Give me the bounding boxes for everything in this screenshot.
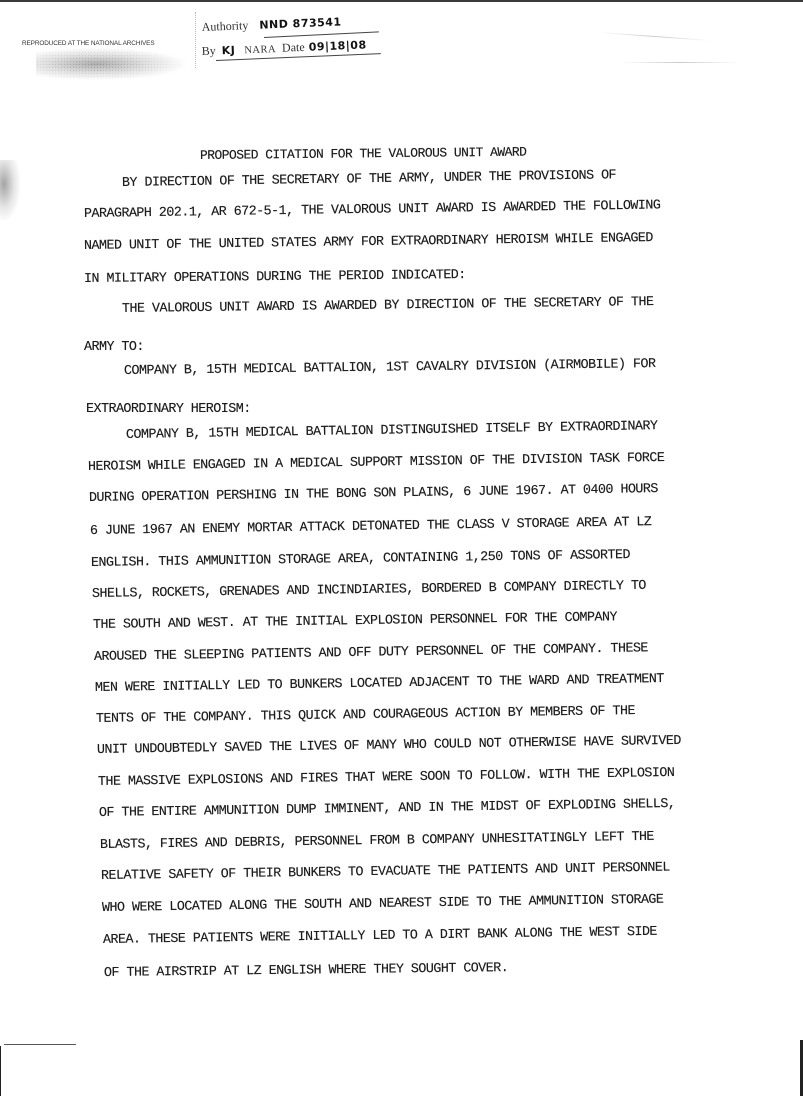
text-line: OF THE AIRSTRIP AT LZ ENGLISH WHERE THEY… [104, 961, 508, 981]
text-line: COMPANY B, 15TH MEDICAL BATTALION DISTIN… [126, 419, 658, 443]
scan-edge [0, 1046, 1, 1096]
text-line: THE SOUTH AND WEST. AT THE INITIAL EXPLO… [93, 610, 617, 633]
text-line: MEN WERE INITIALLY LED TO BUNKERS LOCATE… [95, 672, 664, 696]
text-line: AREA. THESE PATIENTS WERE INITIALLY LED … [103, 925, 657, 948]
text-line: DURING OPERATION PERSHING IN THE BONG SO… [89, 482, 658, 506]
text-line: THE VALOROUS UNIT AWARD IS AWARDED BY DI… [122, 295, 654, 317]
text-line: BY DIRECTION OF THE SECRETARY OF THE ARM… [122, 168, 616, 191]
document-body: PROPOSED CITATION FOR THE VALOROUS UNIT … [0, 0, 803, 1096]
scan-artifact [4, 1044, 76, 1045]
text-line: SHELLS, ROCKETS, GRENADES AND INCINDIARI… [92, 579, 646, 602]
text-line: BLASTS, FIRES AND DEBRIS, PERSONNEL FROM… [100, 830, 654, 853]
text-line: RELATIVE SAFETY OF THEIR BUNKERS TO EVAC… [101, 861, 670, 884]
text-line: EXTRAORDINARY HEROISM: [86, 402, 251, 417]
text-line: TENTS OF THE COMPANY. THIS QUICK AND COU… [96, 704, 635, 727]
text-line: ENGLISH. THIS AMMUNITION STORAGE AREA, C… [91, 548, 630, 571]
text-line: WHO WERE LOCATED ALONG THE SOUTH AND NEA… [102, 893, 664, 916]
text-line: IN MILITARY OPERATIONS DURING THE PERIOD… [84, 268, 466, 287]
text-line: THE MASSIVE EXPLOSIONS AND FIRES THAT WE… [98, 766, 675, 790]
text-line: COMPANY B, 15TH MEDICAL BATTALION, 1ST C… [124, 357, 656, 379]
text-line: UNIT UNDOUBTEDLY SAVED THE LIVES OF MANY… [97, 734, 681, 758]
document-title: PROPOSED CITATION FOR THE VALOROUS UNIT … [200, 145, 526, 163]
text-line: NAMED UNIT OF THE UNITED STATES ARMY FOR… [84, 231, 653, 254]
text-line: PARAGRAPH 202.1, AR 672-5-1, THE VALOROU… [84, 198, 661, 222]
text-line: HEROISM WHILE ENGAGED IN A MEDICAL SUPPO… [88, 451, 665, 475]
text-line: 6 JUNE 1967 AN ENEMY MORTAR ATTACK DETON… [90, 515, 652, 539]
text-line: OF THE ENTIRE AMMUNITION DUMP IMMINENT, … [99, 797, 676, 821]
text-line: ARMY TO: [84, 340, 144, 355]
text-line: AROUSED THE SLEEPING PATIENTS AND OFF DU… [94, 641, 648, 665]
